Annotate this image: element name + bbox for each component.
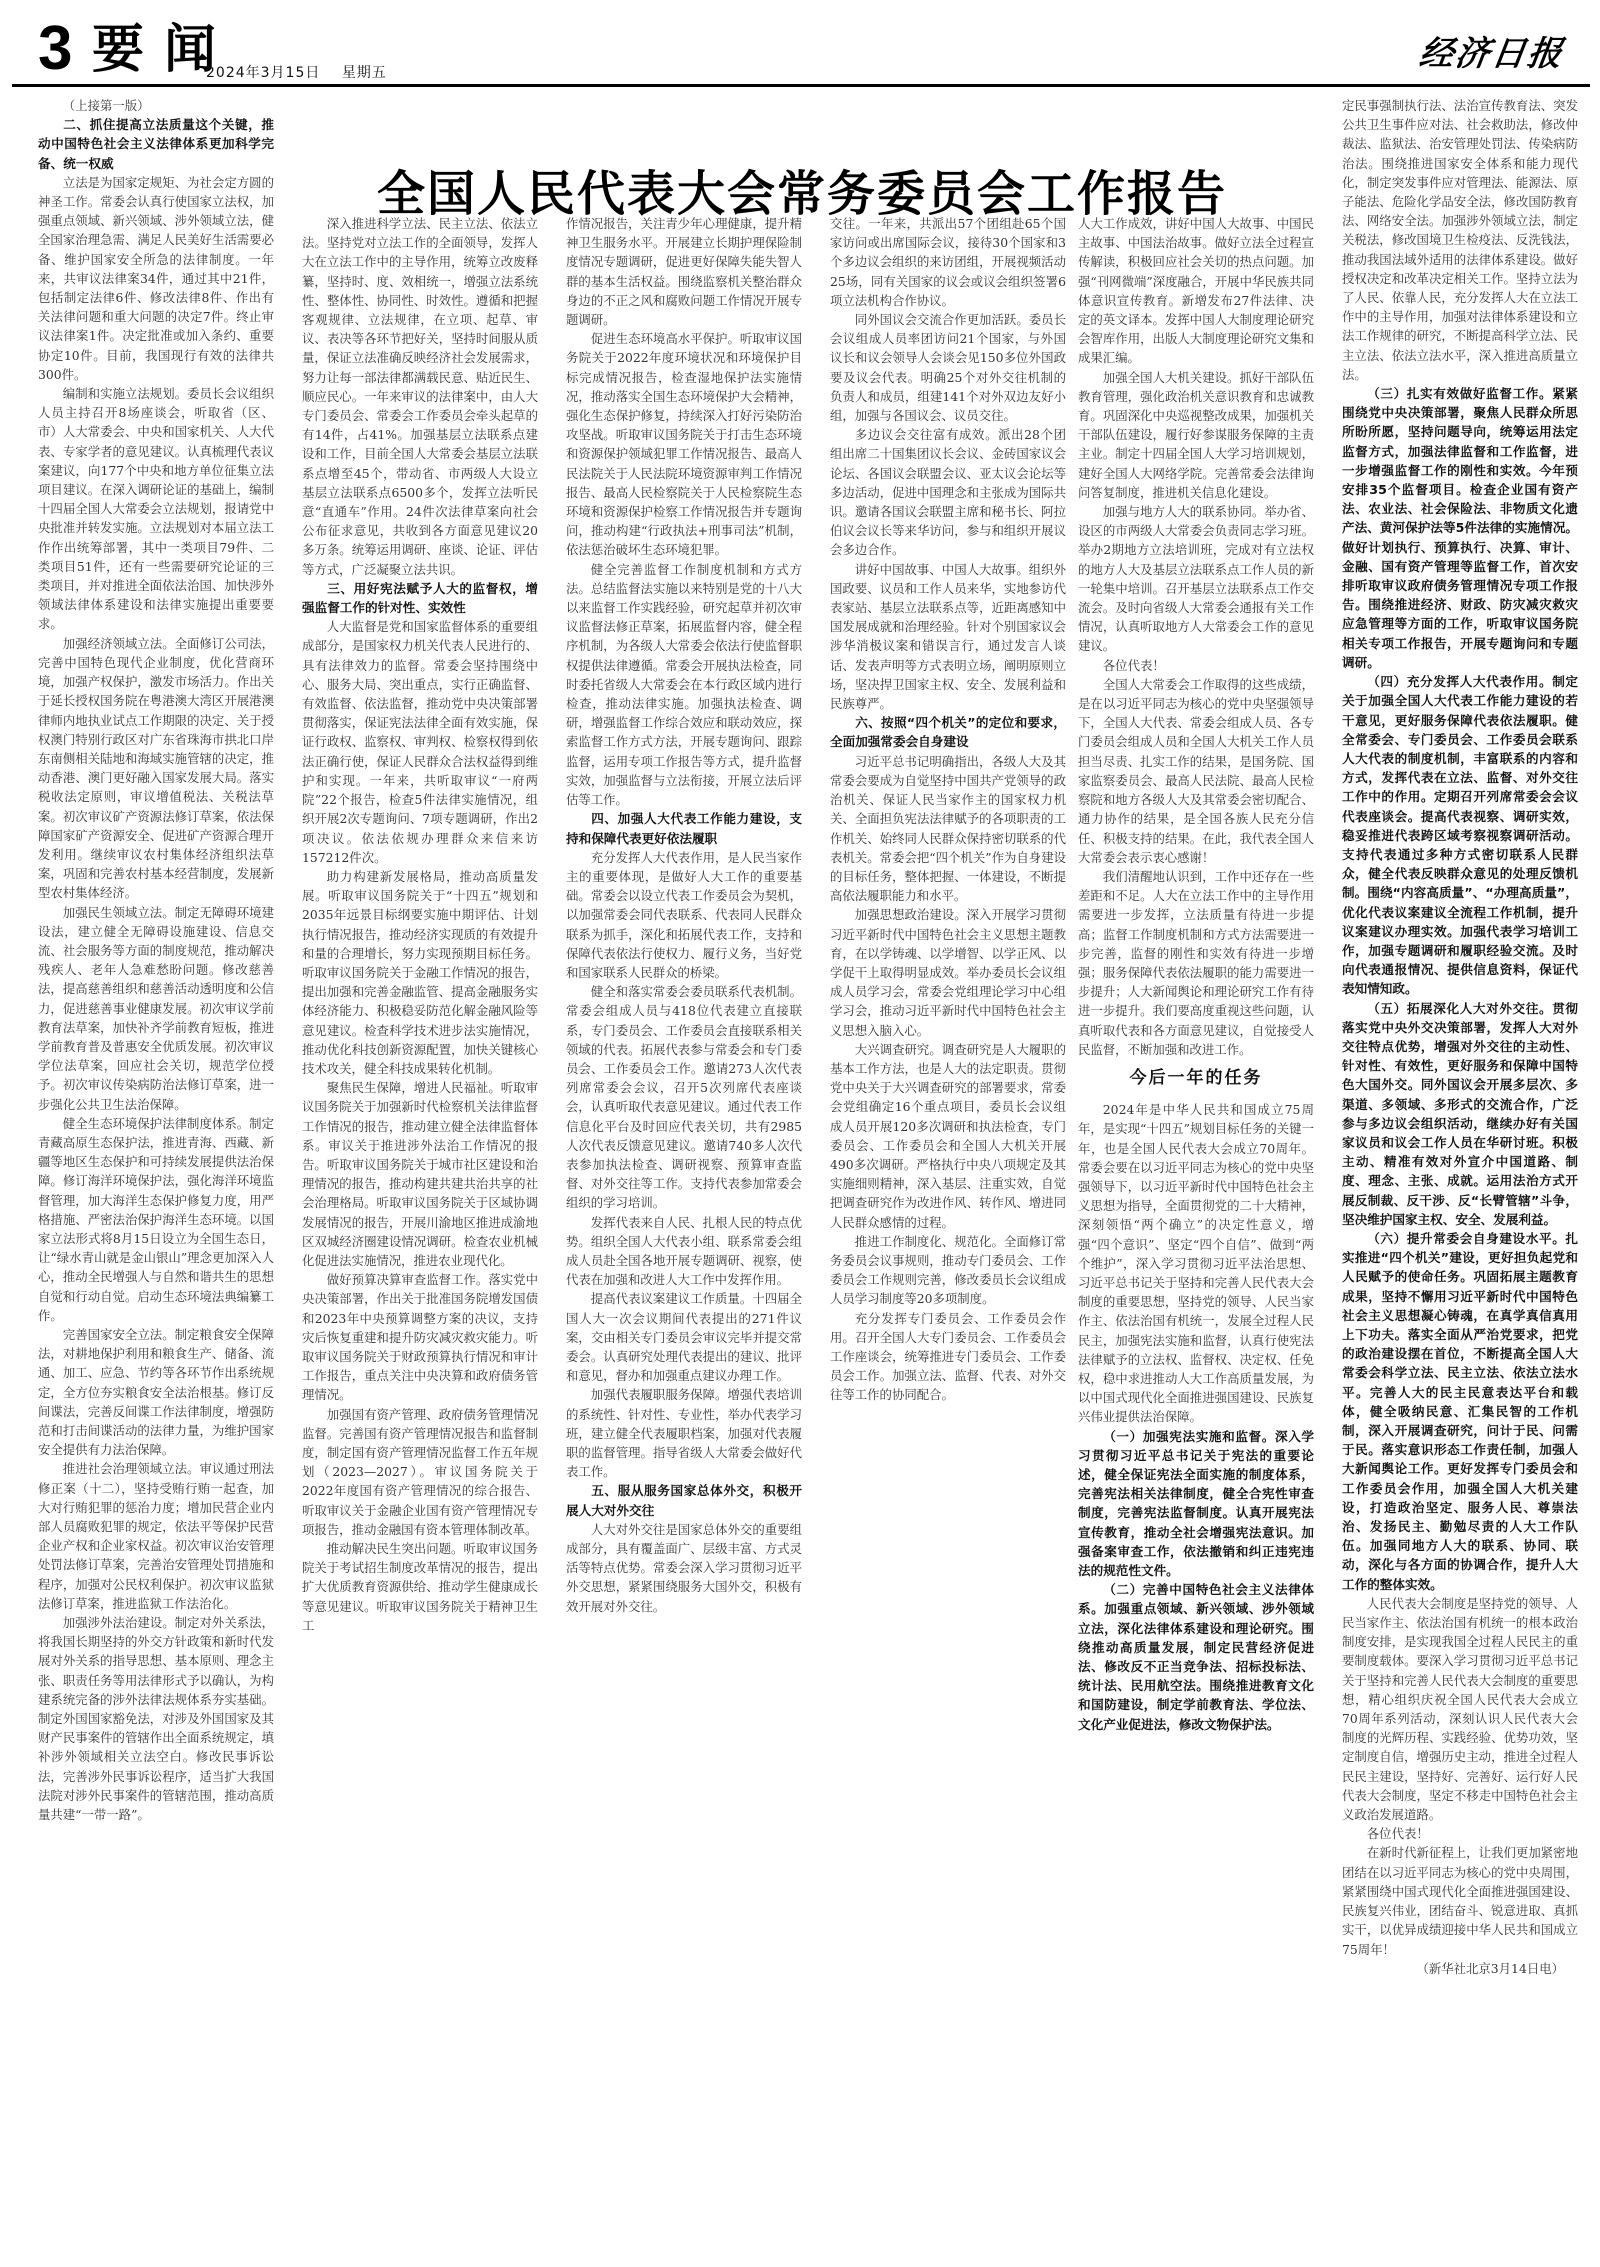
continuation-note: （上接第一版） bbox=[38, 96, 274, 115]
paragraph: 发挥代表来自人民、扎根人民的特点优势。组织全国人大代表小组、联系常委会组成人员赴… bbox=[566, 1213, 802, 1290]
paragraph: 人民代表大会制度是坚持党的领导、人民当家作主、依法治国有机统一的根本政治制度安排… bbox=[1342, 1594, 1578, 1824]
paragraph: 全国人大常委会工作取得的这些成绩，是在以习近平同志为核心的党中央坚强领导下，全国… bbox=[1078, 675, 1314, 867]
weekday-text: 星期五 bbox=[342, 65, 387, 81]
paragraph: 加强涉外法治建设。制定对外关系法，将我国长期坚持的外交方针政策和新时代发展对外关… bbox=[38, 1613, 274, 1824]
paragraph: 人大对外交往是国家总体外交的重要组成部分，具有覆盖面广、层级丰富、方式灵活等特点… bbox=[566, 1520, 802, 1616]
paragraph: 聚焦民生保障，增进人民福祉。听取审议国务院关于加强新时代检察机关法律监督工作情况… bbox=[302, 1078, 538, 1270]
paragraph: 加强经济领域立法。全面修订公司法，完善中国特色现代企业制度，优化营商环境，加强产… bbox=[38, 634, 274, 903]
section-heading: 三、用好宪法赋予人大的监督权，增强监督工作的针对性、实效性 bbox=[302, 579, 538, 617]
section-heading: 二、抓住提高立法质量这个关键，推动中国特色社会主义法律体系更加科学完备、统一权威 bbox=[38, 115, 274, 173]
paragraph: 健全生态环境保护法律制度体系。制定青藏高原生态保护法，推进青海、西藏、新疆等地区… bbox=[38, 1114, 274, 1325]
section-heading: （六）提升常委会自身建设水平。扎实推进“四个机关”建设，更好担负起党和人民赋予的… bbox=[1342, 1229, 1578, 1594]
paragraph: 交往。一年来，共派出57个团组赴65个国家访问或出席国际会议，接待30个国家和3… bbox=[830, 214, 1066, 310]
paragraph: 加强思想政治建设。深入开展学习贯彻习近平新时代中国特色社会主义思想主题教育，在以… bbox=[830, 905, 1066, 1039]
section-heading: 四、加强人大代表工作能力建设，支持和保障代表更好依法履职 bbox=[566, 809, 802, 847]
paragraph: 各位代表！ bbox=[1342, 1824, 1578, 1843]
paragraph: 充分发挥专门委员会、工作委员会作用。召开全国人大专门委员会、工作委员会工作座谈会… bbox=[830, 1309, 1066, 1405]
date-text: 2024年3月15日 bbox=[206, 65, 320, 81]
paragraph: 我们清醒地认识到，工作中还存在一些差距和不足。人大在立法工作中的主导作用需要进一… bbox=[1078, 867, 1314, 1059]
paragraph: 各位代表！ bbox=[1078, 656, 1314, 675]
article-column-5: 人大工作成效，讲好中国人大故事、中国民主故事、中国法治故事。做好立法全过程宣传解… bbox=[1078, 214, 1314, 2260]
paragraph: 提高代表议案建议工作质量。十四届全国人大一次会议期间代表提出的271件议案，交由… bbox=[566, 1289, 802, 1385]
paragraph: 完善国家安全立法。制定粮食安全保障法，对耕地保护利用和粮食生产、储备、流通、加工… bbox=[38, 1325, 274, 1459]
paragraph: 加强国有资产管理、政府债务管理情况监督。完善国有资产管理情况报告和监督制度，制定… bbox=[302, 1405, 538, 1539]
paragraph: 健全完善监督工作制度机制和方式方法。总结监督法实施以来特别是党的十八大以来监督工… bbox=[566, 560, 802, 810]
paragraph: 习近平总书记明确指出，各级人大及其常委会要成为自觉坚持中国共产党领导的政治机关、… bbox=[830, 752, 1066, 906]
paragraph: 多边议会交往富有成效。派出28个团组出席二十国集团议长会议、金砖国家议会论坛、各… bbox=[830, 425, 1066, 559]
paragraph: 加强与地方人大的联系协同。举办省、设区的市两级人大常委会负责同志学习班。举办2期… bbox=[1078, 502, 1314, 656]
paragraph: 加强全国人大机关建设。抓好干部队伍教育管理，强化政治机关意识教育和忠诚教育。巩固… bbox=[1078, 368, 1314, 502]
section-heading: （一）加强宪法实施和监督。深入学习贯彻习近平总书记关于宪法的重要论述，健全保证宪… bbox=[1078, 1427, 1314, 1581]
paragraph: 做好预算决算审查监督工作。落实党中央决策部署，作出关于批准国务院增发国债和202… bbox=[302, 1270, 538, 1404]
dateline: （新华社北京3月14日电） bbox=[1342, 1959, 1578, 1978]
paragraph: 编制和实施立法规划。委员长会议组织人员主持召开8场座谈会，听取省（区、市）人大常… bbox=[38, 384, 274, 634]
paragraph: 促进生态环境高水平保护。听取审议国务院关于2022年度环境状况和环境保护目标完成… bbox=[566, 329, 802, 559]
paragraph: 2024年是中华人民共和国成立75周年，是实现“十四五”规划目标任务的关键一年，… bbox=[1078, 1100, 1314, 1426]
paragraph: 同外国议会交流合作更加活跃。委员长会议组成人员率团访问21个国家，与外国议长和议… bbox=[830, 310, 1066, 425]
paragraph: 大兴调查研究。调查研究是人大履职的基本工作方法，也是人大的法定职责。贯彻党中央关… bbox=[830, 1040, 1066, 1232]
article-column-2: 深入推进科学立法、民主立法、依法立法。坚持党对立法工作的全面领导，发挥人大在立法… bbox=[302, 214, 538, 2260]
issue-date: 2024年3月15日 星期五 bbox=[206, 62, 403, 82]
paragraph: 推动解决民生突出问题。听取审议国务院关于考试招生制度改革情况的报告，提出扩大优质… bbox=[302, 1539, 538, 1635]
section-heading: （五）拓展深化人大对外交往。贯彻落实党中央外交决策部署，发挥人大对外交往特点优势… bbox=[1342, 999, 1578, 1229]
newspaper-logo: 经济日报 bbox=[1417, 26, 1568, 75]
paragraph: 加强代表履职服务保障。增强代表培训的系统性、针对性、专业性，举办代表学习班，建立… bbox=[566, 1385, 802, 1481]
subsection-title: 今后一年的任务 bbox=[1078, 1069, 1314, 1088]
paragraph: 深入推进科学立法、民主立法、依法立法。坚持党对立法工作的全面领导，发挥人大在立法… bbox=[302, 214, 538, 579]
paragraph: 充分发挥人大代表作用，是人民当家作主的重要体现，是做好人大工作的重要基础。常委会… bbox=[566, 848, 802, 982]
paragraph: 人大工作成效，讲好中国人大故事、中国民主故事、中国法治故事。做好立法全过程宣传解… bbox=[1078, 214, 1314, 368]
paragraph: 讲好中国故事、中国人大故事。组织外国政要、议员和工作人员来华，实地参访代表家站、… bbox=[830, 560, 1066, 714]
paragraph: 立法是为国家定规矩、为社会定方圆的神圣工作。常委会认真行使国家立法权，加强重点领… bbox=[38, 173, 274, 384]
section-heading: （二）完善中国特色社会主义法律体系。加强重点领域、新兴领域、涉外领域立法，深化法… bbox=[1078, 1580, 1314, 1734]
paragraph: 加强民生领域立法。制定无障碍环境建设法，建立健全无障碍设施建设、信息交流、社会服… bbox=[38, 903, 274, 1114]
paragraph: 健全和落实常委会委员联系代表机制。常委会组成人员与418位代表建立直接联系，专门… bbox=[566, 982, 802, 1212]
paragraph: 作情况报告，关注青少年心理健康，提升精神卫生服务水平。开展建立长期护理保险制度情… bbox=[566, 214, 802, 329]
section-heading: （三）扎实有效做好监督工作。紧紧围绕党中央决策部署，聚焦人民群众所思所盼所愿，坚… bbox=[1342, 384, 1578, 672]
section-heading: （四）充分发挥人大代表作用。制定关于加强全国人大代表工作能力建设的若干意见，更好… bbox=[1342, 672, 1578, 998]
article-column-4: 交往。一年来，共派出57个团组赴65个国家访问或出席国际会议，接待30个国家和3… bbox=[830, 214, 1066, 2260]
paragraph: 推进社会治理领域立法。审议通过刑法修正案（十二），坚持受贿行贿一起查，加大对行贿… bbox=[38, 1459, 274, 1613]
paragraph: 助力构建新发展格局，推动高质量发展。听取审议国务院关于“十四五”规划和2035年… bbox=[302, 867, 538, 1078]
header-rule bbox=[12, 84, 1590, 87]
paragraph: 推进工作制度化、规范化。全面修订常务委员会议事规则，推动专门委员会、工作委员会工… bbox=[830, 1232, 1066, 1309]
section-heading: 五、服从服务国家总体外交，积极开展人大对外交往 bbox=[566, 1481, 802, 1519]
article-column-6: 定民事强制执行法、法治宣传教育法、突发公共卫生事件应对法、社会救助法，修改仲裁法… bbox=[1342, 96, 1578, 2260]
article-column-1: （上接第一版）二、抓住提高立法质量这个关键，推动中国特色社会主义法律体系更加科学… bbox=[38, 96, 274, 2260]
paragraph: 人大监督是党和国家监督体系的重要组成部分，是国家权力机关代表人民进行的、具有法律… bbox=[302, 617, 538, 867]
article-column-3: 作情况报告，关注青少年心理健康，提升精神卫生服务水平。开展建立长期护理保险制度情… bbox=[566, 214, 802, 2260]
section-heading: 六、按照“四个机关”的定位和要求，全面加强常委会自身建设 bbox=[830, 713, 1066, 751]
masthead: 3 要闻 2024年3月15日 星期五 经济日报 bbox=[0, 0, 1600, 80]
paragraph: 定民事强制执行法、法治宣传教育法、突发公共卫生事件应对法、社会救助法，修改仲裁法… bbox=[1342, 96, 1578, 384]
paragraph: 在新时代新征程上，让我们更加紧密地团结在以习近平同志为核心的党中央周围，紧紧围绕… bbox=[1342, 1843, 1578, 1958]
page-number: 3 bbox=[38, 18, 72, 80]
